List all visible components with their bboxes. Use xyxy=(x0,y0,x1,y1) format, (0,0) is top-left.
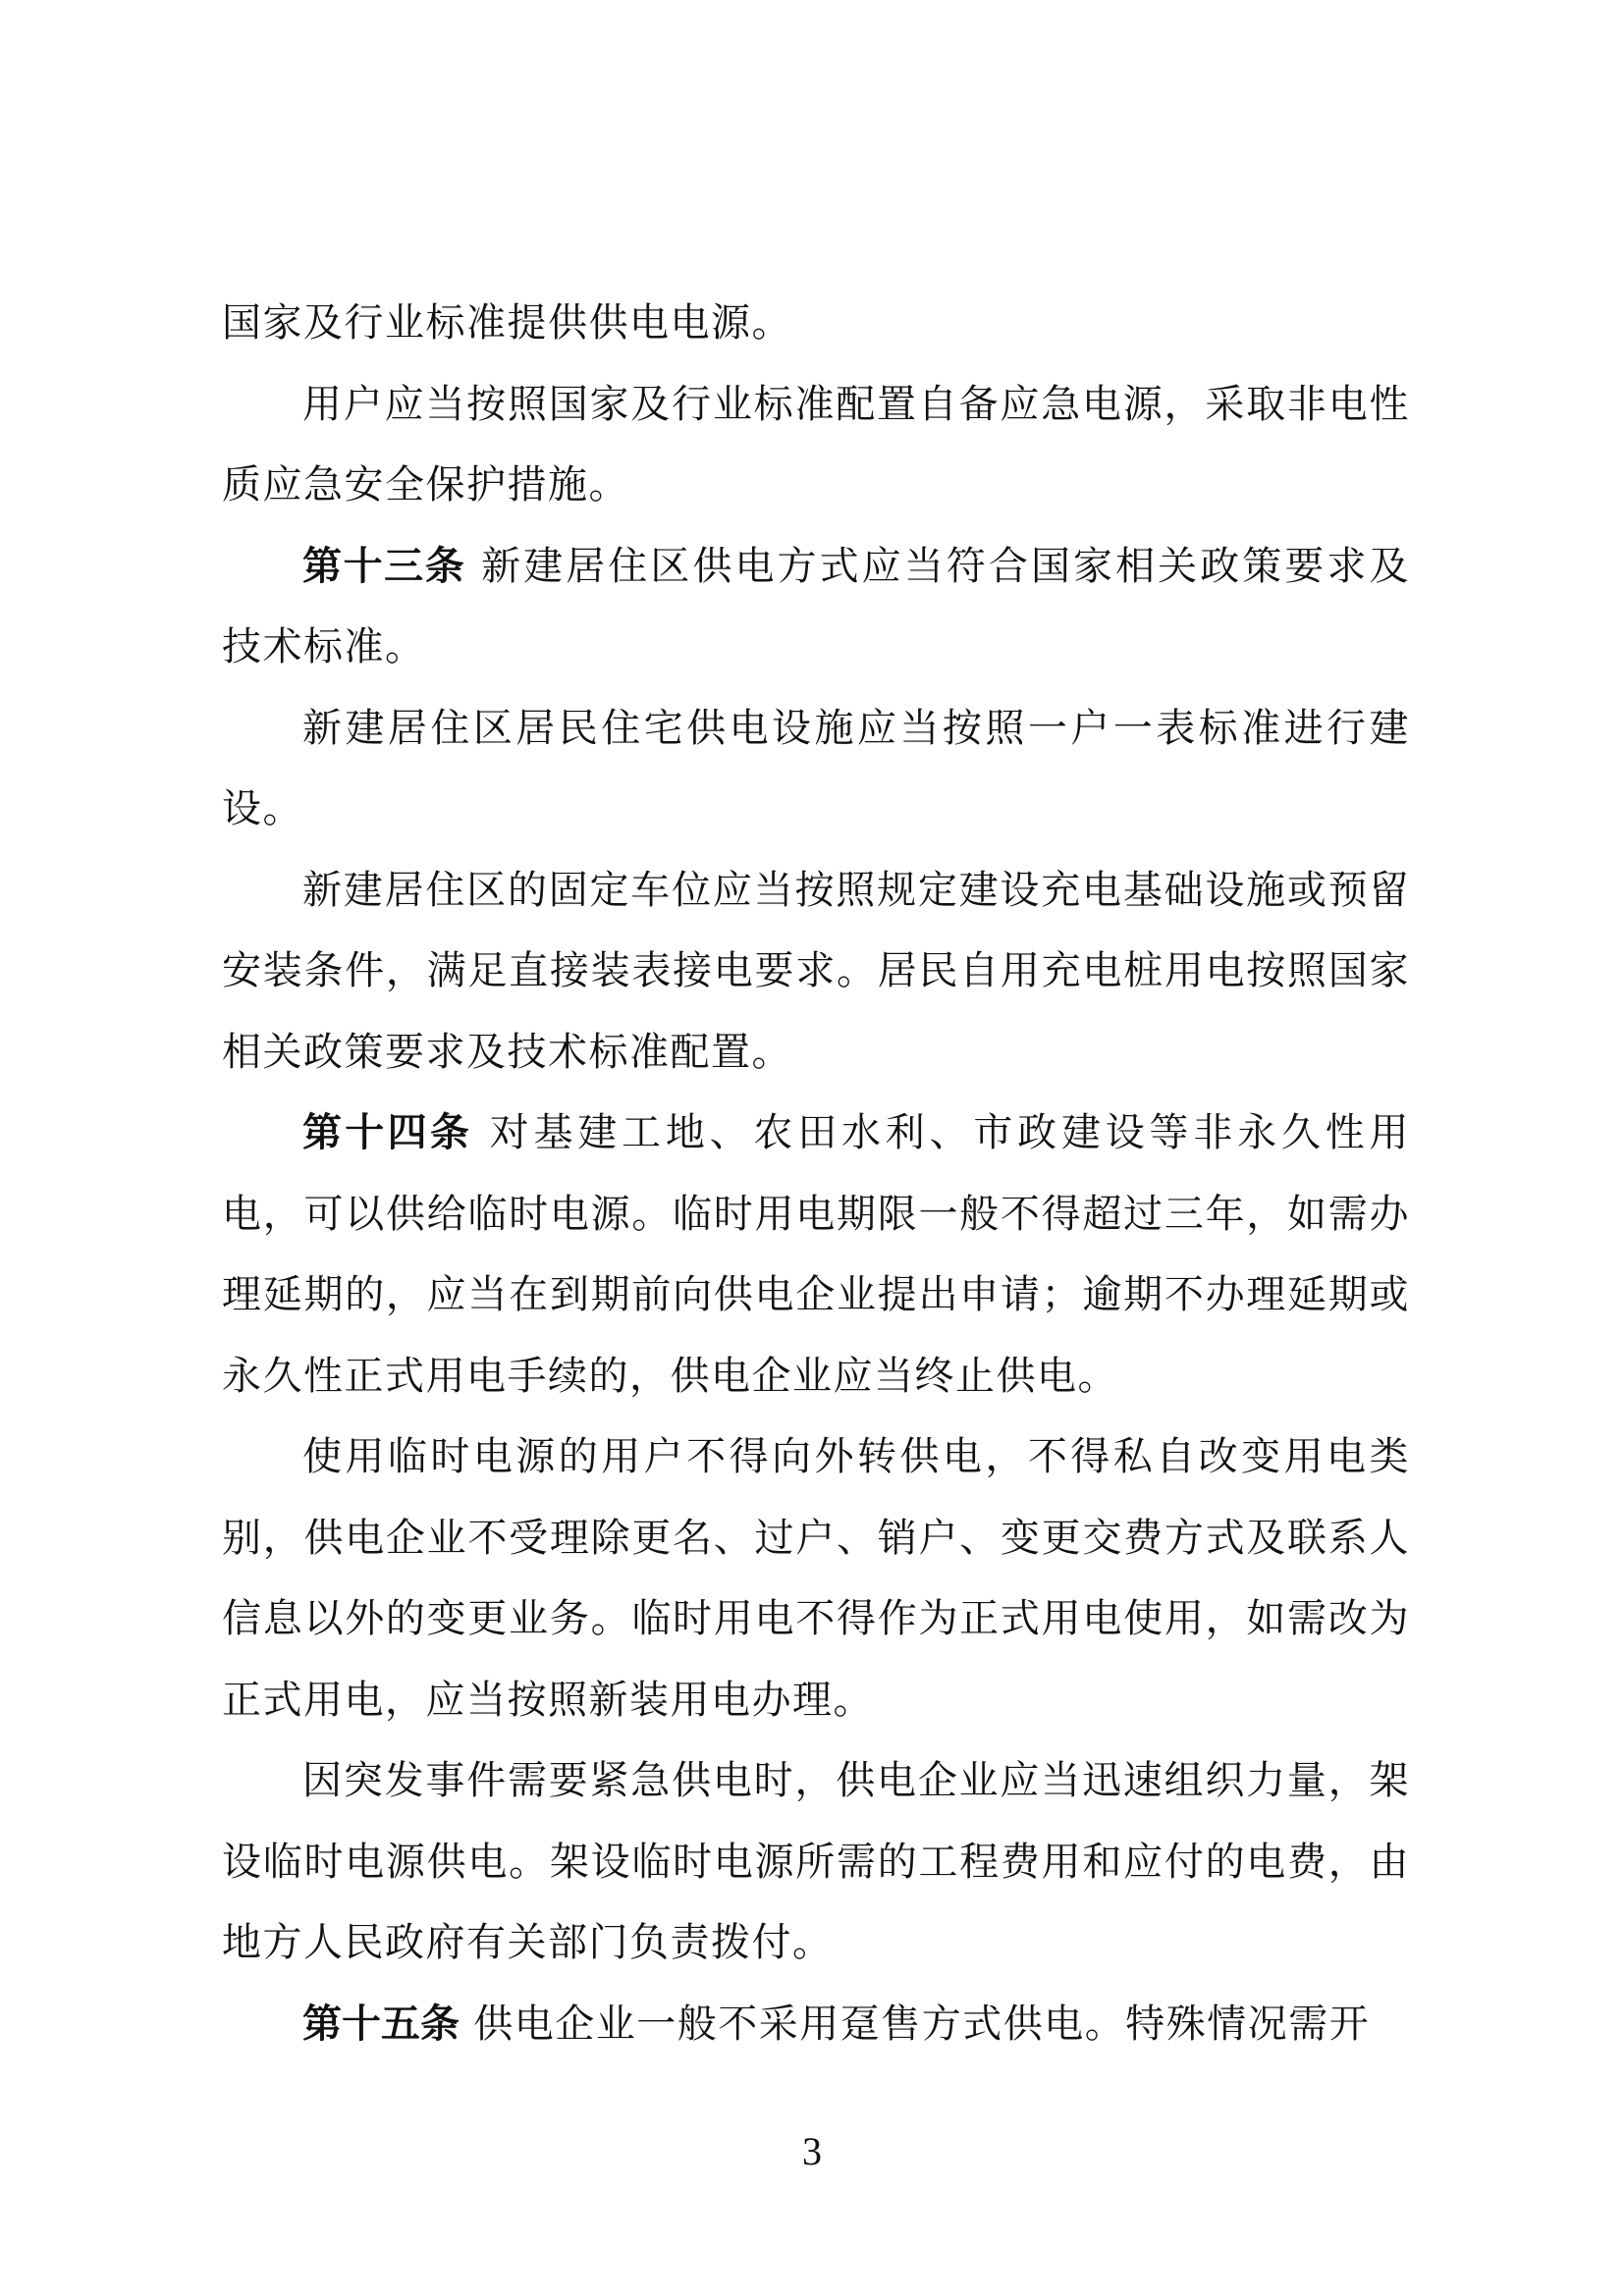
page-number: 3 xyxy=(0,2128,1624,2174)
body-text: 国家及行业标准提供供电电源。 用户应当按照国家及行业标准配置自备应急电源，采取非… xyxy=(222,283,1410,2064)
paragraph-temporary-power-rules: 使用临时电源的用户不得向外转供电，不得私自改变用电类别，供电企业不受理除更名、过… xyxy=(222,1416,1410,1740)
paragraph-backup-power: 用户应当按照国家及行业标准配置自备应急电源，采取非电性质应急安全保护措施。 xyxy=(222,364,1410,526)
paragraph-text: 新建居住区的固定车位应当按照规定建设充电基础设施或预留安装条件，满足直接装表接电… xyxy=(222,868,1410,1075)
paragraph-continuation: 国家及行业标准提供供电电源。 xyxy=(222,283,1410,364)
paragraph-emergency-power: 因突发事件需要紧急供电时，供电企业应当迅速组织力量，架设临时电源供电。架设临时电… xyxy=(222,1740,1410,1984)
paragraph-text: 使用临时电源的用户不得向外转供电，不得私自改变用电类别，供电企业不受理除更名、过… xyxy=(222,1434,1410,1723)
paragraph-one-meter-per-household: 新建居住区居民住宅供电设施应当按照一户一表标准进行建设。 xyxy=(222,688,1410,850)
paragraph-text: 国家及行业标准提供供电电源。 xyxy=(222,300,792,346)
article-heading: 第十四条 xyxy=(302,1110,472,1155)
article-13: 第十三条 新建居住区供电方式应当符合国家相关政策要求及技术标准。 xyxy=(222,526,1410,688)
paragraph-text: 新建居住区居民住宅供电设施应当按照一户一表标准进行建设。 xyxy=(222,706,1410,832)
article-heading: 第十五条 xyxy=(302,2002,460,2047)
article-15: 第十五条 供电企业一般不采用趸售方式供电。特殊情况需开 xyxy=(222,1984,1410,2065)
article-heading: 第十三条 xyxy=(302,544,465,589)
paragraph-text: 用户应当按照国家及行业标准配置自备应急电源，采取非电性质应急安全保护措施。 xyxy=(222,382,1410,508)
article-14: 第十四条 对基建工地、农田水利、市政建设等非永久性用电，可以供给临时电源。临时用… xyxy=(222,1093,1410,1416)
paragraph-text: 供电企业一般不采用趸售方式供电。特殊情况需开 xyxy=(460,2002,1370,2047)
paragraph-text: 因突发事件需要紧急供电时，供电企业应当迅速组织力量，架设临时电源供电。架设临时电… xyxy=(222,1758,1410,1965)
paragraph-charging-facilities: 新建居住区的固定车位应当按照规定建设充电基础设施或预留安装条件，满足直接装表接电… xyxy=(222,850,1410,1094)
document-page: 国家及行业标准提供供电电源。 用户应当按照国家及行业标准配置自备应急电源，采取非… xyxy=(0,0,1624,2296)
